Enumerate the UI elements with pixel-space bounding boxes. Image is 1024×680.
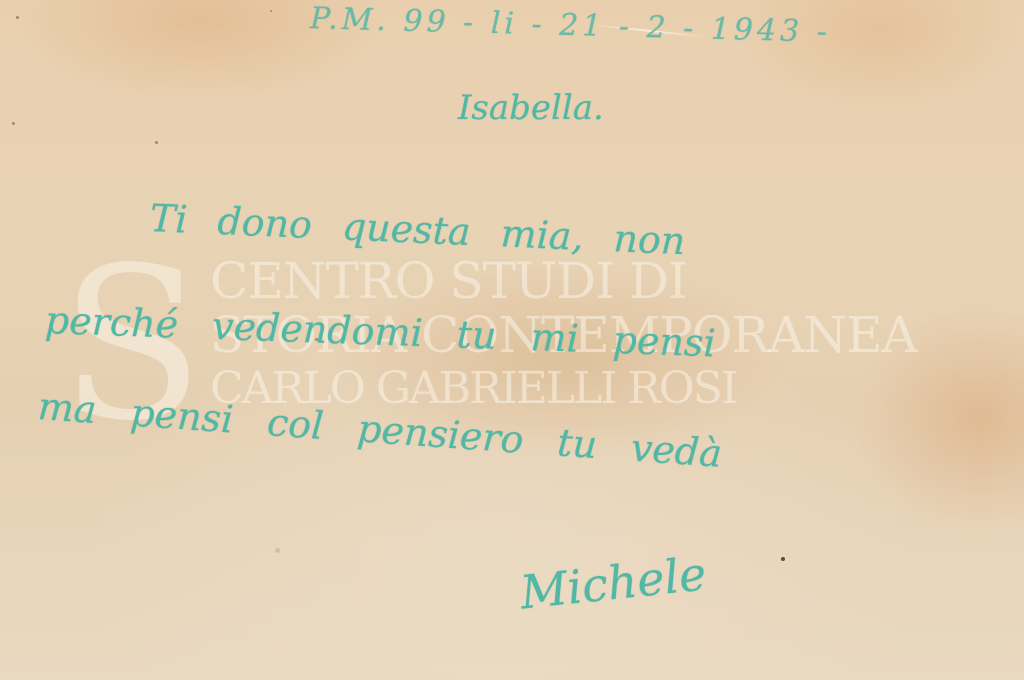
body-line-2: perché vedendomi tu mi pensi (44, 298, 716, 365)
salutation: Isabella. (458, 88, 604, 128)
paper-sheet: S CENTRO STUDI DI STORIA CONTEMPORANEA C… (0, 0, 1024, 680)
body-line-1: Ti dono questa mia, non (149, 196, 686, 263)
paper-fleck (12, 122, 15, 125)
watermark-line-1: CENTRO STUDI DI (210, 254, 917, 308)
paper-fleck (275, 548, 280, 553)
paper-fleck (155, 141, 158, 144)
paper-fleck (270, 10, 272, 12)
paper-fleck (781, 557, 785, 561)
paper-fleck (16, 16, 19, 19)
date-header: P.M. 99 - li - 21 - 2 - 1943 - (310, 1, 832, 50)
signature: Michele (518, 546, 709, 619)
body-line-3: ma pensi col pensiero tu vedà (36, 384, 723, 476)
